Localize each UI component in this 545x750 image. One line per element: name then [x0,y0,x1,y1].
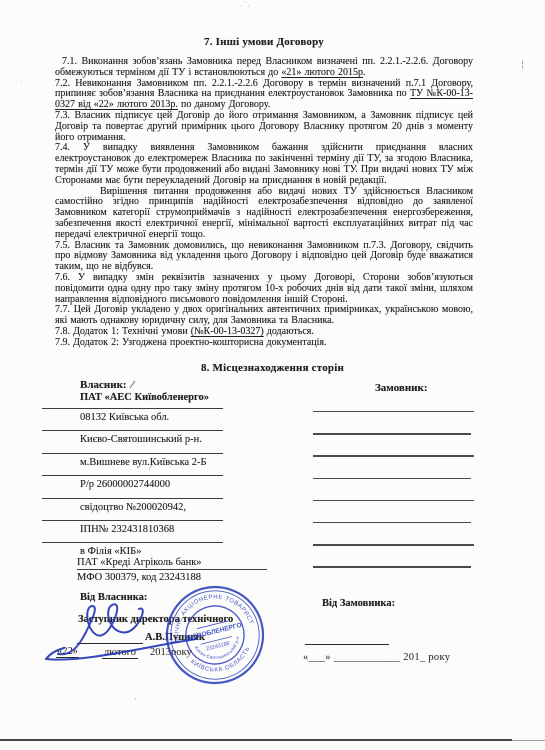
section7-heading: 7. Інші умови Договору [55,36,473,48]
customer-date-year: 201_ року [403,652,450,663]
clause-7-8-text: 7.8. Додаток 1: Технічні умови [55,326,191,337]
clause-7-1-text: 7.1. Виконання зобов’язань Замовника пер… [55,56,473,78]
scan-bottom-edge [0,739,512,741]
blank-field-line [313,433,471,434]
clause-7-4-continued: Вирішення питання продовження або видачі… [55,187,473,241]
clause-7-2-tail: по даному Договору. [178,99,270,110]
clause-7-6: 7.6. У випадку змін реквізитів зазначени… [55,273,473,305]
customer-signature-line [305,644,389,645]
owner-address-table: 08132 Київська обл. Києво-Святошинський … [42,408,223,557]
clause-7-8-underlined-ref: (№К-00-13-0327) [191,326,264,337]
table-row: 08132 Київська обл. [42,408,223,430]
owner-bank-name: ПАТ «Креді Агріколь банк» [77,557,267,570]
owner-company-name: ПАТ «АЕС Київобленерго» [80,392,223,405]
clause-7-3: 7.3. Власник підписує цей Договір до йог… [55,111,473,143]
scan-bottom-edge-faint [512,740,545,741]
table-row: Києво-Святошинський р-н. [42,430,223,452]
signature-stroke [58,604,143,654]
clause-7-1: 7.1. Виконання зобов’язань Замовника пер… [55,57,473,79]
scanned-contract-page: 7. Інші умови Договору 7.1. Виконання зо… [0,0,545,750]
clause-7-8-tail: додаються. [264,326,314,337]
customer-blank-fields [313,411,474,568]
table-row: м.Вишневе вул.Київська 2-Б [42,453,223,475]
customer-date: «___» ____________ 201_ року [303,652,450,663]
clause-7-2: 7.2. Невиконання Замовником пп. 2.2.1.-2… [55,79,473,111]
handwritten-signature [44,598,219,662]
section7-body: 7.1. Виконання зобов’язань Замовника пер… [55,57,473,349]
customer-label: Замовник: [375,382,474,395]
clause-7-1-tail: . [363,67,366,78]
from-customer-label: Від Замовника: [322,598,395,609]
section8-heading: 8. Місцезнаходження сторін [0,362,545,374]
owner-column: Власник: ПАТ «АЕС Київобленерго» 08132 К… [42,379,223,583]
scan-speck: ¦ [521,60,524,70]
table-row: Р/р 26000002744000 [42,475,223,497]
scan-speck: ·˙· [240,2,250,12]
blank-field-line [313,478,471,479]
blank-field-line [313,455,474,456]
blank-field-line [313,411,474,412]
clause-7-4: 7.4. У випадку виявлення Замовником бажа… [55,143,473,186]
owner-bank-details: МФО 300379, код 23243188 [77,572,223,583]
clause-7-5: 7.5. Власник та Замовник домовились, що … [55,241,473,273]
signature-flourish [46,639,196,660]
blank-field-line [313,522,471,523]
table-row: свідоцтво №200020942, [42,498,223,520]
blank-field-line [313,566,471,567]
customer-column: Замовник: [313,382,474,568]
customer-date-line: ____________ [334,652,401,663]
scan-speck: · [20,78,23,88]
table-row: в Філія «КІБ» [42,542,223,557]
clause-7-1-underlined-date: «21» лютого 2015р [281,67,363,78]
blank-field-line [313,500,474,501]
clause-7-7: 7.7. Цей Договір укладено у двох оригіна… [55,305,473,327]
blank-field-line [313,544,474,545]
table-row: ІПН№ 232431810368 [42,520,223,542]
section-addresses: 8. Місцезнаходження сторін Власник: ПАТ … [0,362,545,374]
scan-speck: ’ [134,697,136,705]
customer-date-day: «___» [303,652,331,663]
section-other-terms: 7. Інші умови Договору 7.1. Виконання зо… [55,36,473,349]
owner-label: Власник: [80,379,223,392]
clause-7-9: 7.9. Додаток 2: Узгоджена проектно-кошто… [55,338,473,349]
